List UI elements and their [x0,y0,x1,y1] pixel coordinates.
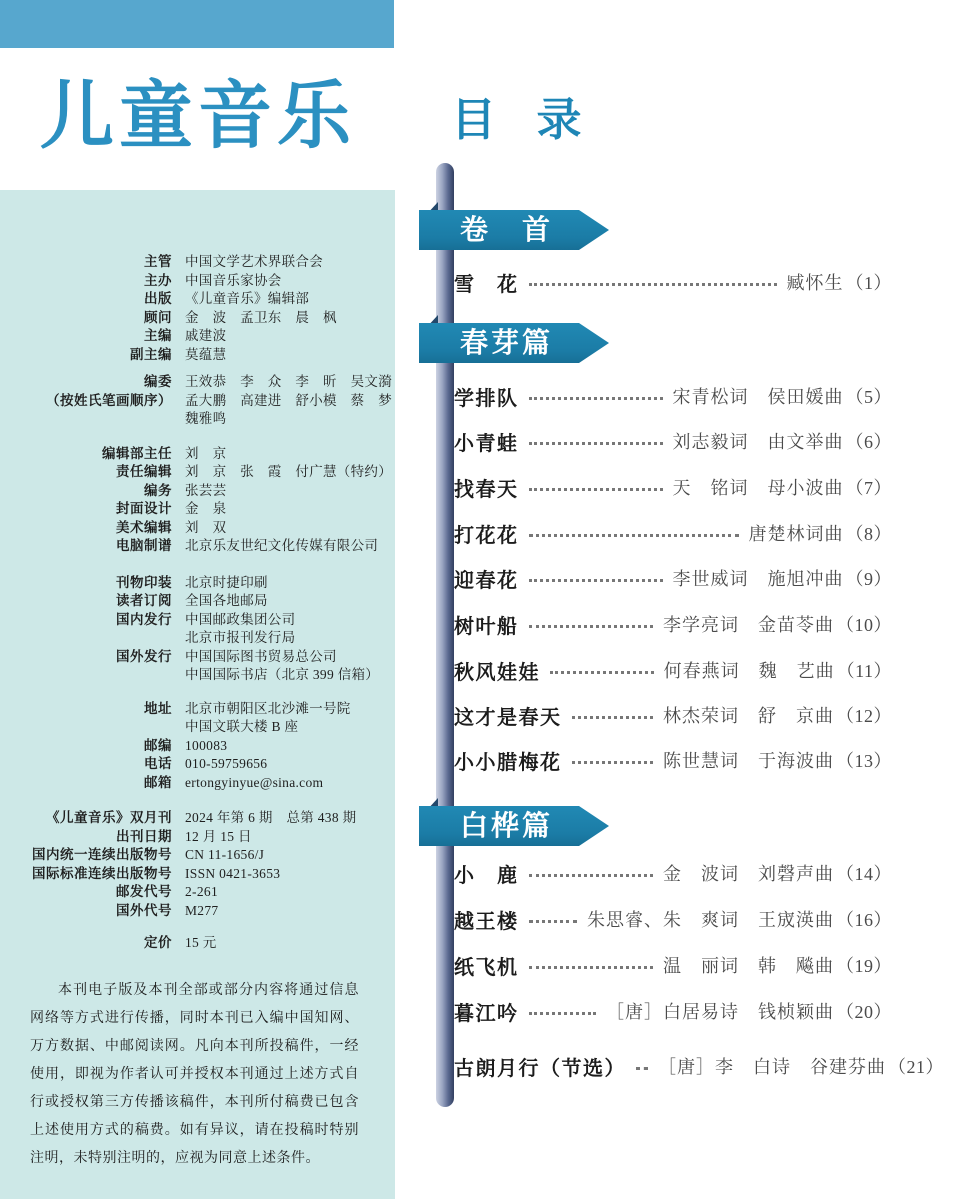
info-label: 邮编 [30,737,172,756]
toc-entry: 暮江吟［唐］白居易诗 钱桢颖曲（20） [454,998,892,1024]
toc-entry-title: 小小腊梅花 [454,746,562,775]
toc-entry-title: 打花花 [454,519,519,548]
info-row: 编务张芸芸 [30,482,359,501]
info-row: 美术编辑刘 双 [30,519,359,538]
toc-entry-title: 学排队 [454,382,519,411]
toc-entry-authors: 李学亮词 金苗苓曲 [663,611,834,637]
info-group-issue: 《儿童音乐》双月刊2024 年第 6 期 总第 438 期 出刊日期12 月 1… [30,809,359,920]
info-label: 编辑部主任 [30,445,172,464]
toc-entry: 越王楼朱思睿、朱 爽词 王宬渶曲（16） [454,906,892,932]
toc-entry: 这才是春天林杰荣词 舒 京曲（12） [454,702,892,728]
top-accent-bar [0,0,394,48]
info-value: 孟大鹏 高建进 舒小模 蔡 梦 [185,392,392,411]
magazine-toc-page: 儿童音乐 目 录 主管中国文学艺术界联合会 主办中国音乐家协会 出版《儿童音乐》… [0,0,959,1199]
dot-leader [550,671,654,674]
info-label: 电话 [30,755,172,774]
info-value: 戚建波 [185,327,226,346]
info-value: 刘 京 [185,445,226,464]
toc-entry-page: （12） [836,702,892,728]
info-row: 国内发行中国邮政集团公司 [30,611,359,630]
info-row: 国外代号M277 [30,902,359,921]
dot-leader [529,397,663,400]
info-label: 刊物印装 [30,574,172,593]
toc-entry: 古朗月行（节选）［唐］李 白诗 谷建芬曲（21） [454,1053,892,1079]
toc-entry: 找春天天 铭词 母小波曲（7） [454,474,892,500]
info-row: 副主编莫蕴慧 [30,346,359,365]
info-label: （按姓氏笔画顺序） [30,392,172,411]
info-label [30,629,172,648]
info-label: 出刊日期 [30,828,172,847]
info-group-price: 定价15 元 [30,934,359,953]
info-value: 北京市朝阳区北沙滩一号院 [185,700,351,719]
toc-entry-authors: 李世威词 施旭冲曲 [673,565,844,591]
info-value: 15 元 [185,934,217,953]
section-banner-chunya: 春芽篇 [419,323,609,363]
masthead-info-panel: 主管中国文学艺术界联合会 主办中国音乐家协会 出版《儿童音乐》编辑部 顾问金 波… [0,190,395,1199]
toc-entry-page: （6） [846,428,893,454]
toc-entry-title: 树叶船 [454,610,519,639]
toc-entry-authors: 臧怀生 [787,269,844,295]
info-value: 中国国际书店（北京 399 信箱） [185,666,379,685]
toc-entry-title: 雪 花 [454,268,519,297]
info-label: 国外发行 [30,648,172,667]
info-row: 电话010-59759656 [30,755,359,774]
info-value: 中国邮政集团公司 [185,611,295,630]
info-value: 莫蕴慧 [185,346,226,365]
info-label: 主办 [30,272,172,291]
info-row: 国际标准连续出版物号ISSN 0421-3653 [30,865,359,884]
dot-leader [529,874,654,877]
info-value: 中国音乐家协会 [185,272,282,291]
info-row: 北京市报刊发行局 [30,629,359,648]
info-row: 邮编100083 [30,737,359,756]
dot-leader [529,966,654,969]
toc-entry-authors: 金 波词 刘磬声曲 [663,860,834,886]
info-label: 主编 [30,327,172,346]
info-value: 王效恭 李 众 李 昕 吴文漪 [185,373,392,392]
info-value: 北京市报刊发行局 [185,629,295,648]
info-label: 国内发行 [30,611,172,630]
info-label: 编委 [30,373,172,392]
toc-entry-title: 这才是春天 [454,701,562,730]
info-label [30,410,172,429]
info-row: 国外发行中国国际图书贸易总公司 [30,648,359,667]
toc-entry-title: 小青蛙 [454,427,519,456]
toc-entry-page: （20） [836,998,892,1024]
toc-entry-title: 小 鹿 [454,859,519,888]
ribbon-pole [436,163,454,1107]
info-label: 美术编辑 [30,519,172,538]
dot-leader [529,534,739,537]
info-label: 电脑制谱 [30,537,172,556]
section-banner-label: 白桦篇 [419,806,609,846]
info-value: 魏雅鸣 [185,410,226,429]
info-label [30,666,172,685]
info-row: 电脑制谱北京乐友世纪文化传媒有限公司 [30,537,359,556]
dot-leader [572,716,654,719]
toc-entry-authors: 朱思睿、朱 爽词 王宬渶曲 [587,906,834,932]
info-row: 编辑部主任刘 京 [30,445,359,464]
magazine-logo: 儿童音乐 [40,74,400,158]
dot-leader [529,1012,597,1015]
toc-entry-page: （16） [836,906,892,932]
info-group-contact: 地址北京市朝阳区北沙滩一号院 中国文联大楼 B 座 邮编100083 电话010… [30,700,359,793]
info-row: 责任编辑刘 京 张 霞 付广慧（特约） [30,463,359,482]
toc-entry-page: （19） [836,952,892,978]
toc-entry-page: （14） [836,860,892,886]
dot-leader [529,442,663,445]
info-label: 封面设计 [30,500,172,519]
info-value: 金 泉 [185,500,226,519]
info-value: ertongyinyue@sina.com [185,774,323,793]
toc-entry-page: （13） [836,747,892,773]
toc-entry-page: （9） [846,565,893,591]
info-row: 中国文联大楼 B 座 [30,718,359,737]
toc-entry: 小小腊梅花陈世慧词 于海波曲（13） [454,747,892,773]
toc-entry: 打花花唐楚林词曲（8） [454,520,892,546]
toc-entry-authors: 温 丽词 韩 飚曲 [663,952,834,978]
toc-entry-authors: 宋青松词 侯田媛曲 [673,383,844,409]
toc-entry-title: 暮江吟 [454,997,519,1026]
info-row: 定价15 元 [30,934,359,953]
info-value: 《儿童音乐》编辑部 [185,290,309,309]
toc-entry: 学排队宋青松词 侯田媛曲（5） [454,383,892,409]
dot-leader [529,579,663,582]
info-label: 邮箱 [30,774,172,793]
info-value: M277 [185,902,218,921]
info-row: 出版《儿童音乐》编辑部 [30,290,359,309]
info-label: 主管 [30,253,172,272]
info-value: 全国各地邮局 [185,592,268,611]
toc-entry-authors: 何春燕词 魏 艺曲 [664,657,835,683]
info-group-editors: 编辑部主任刘 京 责任编辑刘 京 张 霞 付广慧（特约） 编务张芸芸 封面设计金… [30,445,359,556]
info-row: 主办中国音乐家协会 [30,272,359,291]
info-label: 出版 [30,290,172,309]
info-value: 北京乐友世纪文化传媒有限公司 [185,537,378,556]
info-value: ISSN 0421-3653 [185,865,280,884]
info-value: 刘 京 张 霞 付广慧（特约） [185,463,392,482]
toc-entry-title: 纸飞机 [454,951,519,980]
info-label: 读者订阅 [30,592,172,611]
toc-title: 目 录 [451,94,596,146]
info-row: 主管中国文学艺术界联合会 [30,253,359,272]
info-value: 2-261 [185,883,218,902]
info-value: CN 11-1656/J [185,846,264,865]
info-label: 顾问 [30,309,172,328]
info-label [30,718,172,737]
info-value: 北京时捷印刷 [185,574,268,593]
info-row: 《儿童音乐》双月刊2024 年第 6 期 总第 438 期 [30,809,359,828]
info-row: 邮箱ertongyinyue@sina.com [30,774,359,793]
info-row: 顾问金 波 孟卫东 晨 枫 [30,309,359,328]
dot-leader [572,761,654,764]
info-label: 副主编 [30,346,172,365]
info-label: 编务 [30,482,172,501]
section-banner-juanshou: 卷 首 [419,210,609,250]
info-label: 邮发代号 [30,883,172,902]
toc-entry: 小 鹿金 波词 刘磬声曲（14） [454,860,892,886]
toc-entry: 迎春花李世威词 施旭冲曲（9） [454,565,892,591]
toc-entry-title: 古朗月行（节选） [454,1052,626,1081]
toc-entry-authors: ［唐］李 白诗 谷建芬曲 [658,1053,886,1079]
info-label: 国内统一连续出版物号 [30,846,172,865]
toc-entry-page: （7） [846,474,893,500]
info-value: 张芸芸 [185,482,226,501]
toc-entry-title: 秋风娃娃 [454,656,540,685]
info-row: 国内统一连续出版物号CN 11-1656/J [30,846,359,865]
info-value: 010-59759656 [185,755,267,774]
info-row: 魏雅鸣 [30,410,359,429]
info-value: 中国文联大楼 B 座 [185,718,298,737]
toc-entry-authors: 唐楚林词曲 [749,520,844,546]
info-row: 编委王效恭 李 众 李 昕 吴文漪 [30,373,359,392]
toc-entry: 秋风娃娃何春燕词 魏 艺曲（11） [454,657,892,683]
info-group-distribution: 刊物印装北京时捷印刷 读者订阅全国各地邮局 国内发行中国邮政集团公司 北京市报刊… [30,574,359,685]
toc-entry: 树叶船李学亮词 金苗苓曲（10） [454,611,892,637]
toc-entry-page: （21） [888,1053,944,1079]
info-group-staff: 主管中国文学艺术界联合会 主办中国音乐家协会 出版《儿童音乐》编辑部 顾问金 波… [30,253,359,364]
info-row: 读者订阅全国各地邮局 [30,592,359,611]
toc-entry-authors: 天 铭词 母小波曲 [673,474,844,500]
section-banner-label: 卷 首 [419,210,609,250]
info-label: 地址 [30,700,172,719]
toc-entry-authors: 林杰荣词 舒 京曲 [663,702,834,728]
dot-leader [529,625,654,628]
info-label: 责任编辑 [30,463,172,482]
info-label: 《儿童音乐》双月刊 [30,809,172,828]
info-label: 国际标准连续出版物号 [30,865,172,884]
section-banner-baihua: 白桦篇 [419,806,609,846]
toc-entry: 雪 花臧怀生（1） [454,269,892,295]
info-value: 金 波 孟卫东 晨 枫 [185,309,337,328]
info-value: 100083 [185,737,227,756]
info-label: 国外代号 [30,902,172,921]
toc-entry-title: 找春天 [454,473,519,502]
info-row: 地址北京市朝阳区北沙滩一号院 [30,700,359,719]
info-group-editorial-board: 编委王效恭 李 众 李 昕 吴文漪 （按姓氏笔画顺序）孟大鹏 高建进 舒小模 蔡… [30,373,359,429]
toc-entry-authors: 陈世慧词 于海波曲 [663,747,834,773]
info-value: 中国文学艺术界联合会 [185,253,323,272]
info-label: 定价 [30,934,172,953]
toc-entry-title: 迎春花 [454,564,519,593]
info-value: 12 月 15 日 [185,828,252,847]
info-row: 出刊日期12 月 15 日 [30,828,359,847]
dot-leader [636,1067,648,1070]
info-value: 2024 年第 6 期 总第 438 期 [185,809,356,828]
info-row: 刊物印装北京时捷印刷 [30,574,359,593]
toc-entry-page: （8） [846,520,893,546]
info-value: 刘 双 [185,519,226,538]
copyright-notice: 本刊电子版及本刊全部或部分内容将通过信息网络等方式进行传播，同时本刊已入编中国知… [30,977,359,1173]
toc-entry-page: （10） [836,611,892,637]
toc-entry-authors: ［唐］白居易诗 钱桢颖曲 [606,998,834,1024]
info-row: 封面设计金 泉 [30,500,359,519]
dot-leader [529,920,578,923]
toc-entry-authors: 刘志毅词 由文举曲 [673,428,844,454]
section-banner-label: 春芽篇 [419,323,609,363]
info-value: 中国国际图书贸易总公司 [185,648,337,667]
toc-entry-title: 越王楼 [454,905,519,934]
toc-entry: 小青蛙刘志毅词 由文举曲（6） [454,428,892,454]
info-row: （按姓氏笔画顺序）孟大鹏 高建进 舒小模 蔡 梦 [30,392,359,411]
info-row: 邮发代号2-261 [30,883,359,902]
toc-entry-page: （5） [846,383,893,409]
info-row: 主编戚建波 [30,327,359,346]
toc-entry-page: （11） [837,657,892,683]
info-row: 中国国际书店（北京 399 信箱） [30,666,359,685]
dot-leader [529,488,663,491]
toc-entry: 纸飞机温 丽词 韩 飚曲（19） [454,952,892,978]
dot-leader [529,283,777,286]
toc-entry-page: （1） [846,269,893,295]
